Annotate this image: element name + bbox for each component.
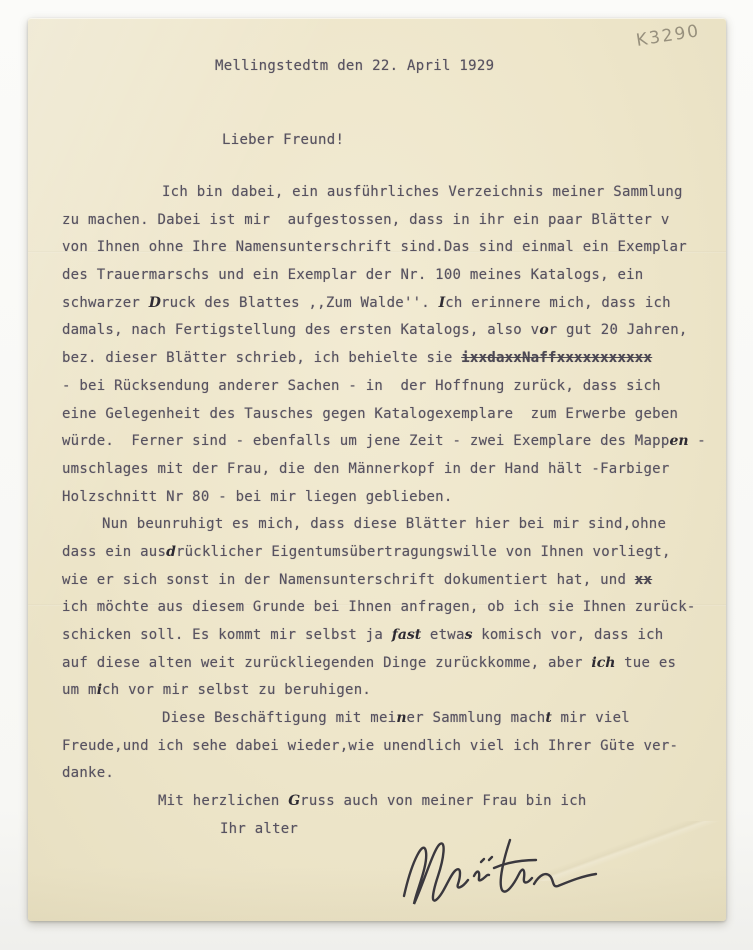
typewritten-text: ruck des Blattes ,,Zum Walde''. xyxy=(161,295,439,311)
typewritten-text: schwarzer xyxy=(62,295,149,311)
letter-line: wie er sich sonst in der Namensunterschr… xyxy=(62,567,710,595)
letter-line: ich möchte aus diesem Grunde bei Ihnen a… xyxy=(62,594,710,622)
typewritten-text: damals, nach Fertigstellung des ersten K… xyxy=(62,322,539,338)
letter-line: von Ihnen ohne Ihre Namensunterschrift s… xyxy=(62,234,710,262)
typewritten-text: umschlages mit der Frau, die den Männerk… xyxy=(62,461,670,477)
letter-line: danke. xyxy=(62,760,710,788)
typewritten-text: ch vor mir selbst zu beruhigen. xyxy=(102,682,371,698)
letter-line: um mich vor mir selbst zu beruhigen. xyxy=(62,677,710,705)
letter-line: Holzschnitt Nr 80 - bei mir liegen gebli… xyxy=(62,484,710,512)
handwritten-correction: n xyxy=(396,710,406,726)
letter-body: Ich bin dabei, ein ausführliches Verzeic… xyxy=(62,179,710,844)
letter-salutation: Lieber Freund! xyxy=(222,132,344,148)
letter-line: Mit herzlichen Gruss auch von meiner Fra… xyxy=(62,788,710,816)
typewritten-text: von Ihnen ohne Ihre Namensunterschrift s… xyxy=(62,239,687,255)
typewritten-text: rücklicher Eigentumsübertragungswille vo… xyxy=(176,544,671,560)
typewritten-text: Ihr alter xyxy=(220,821,298,837)
typewritten-text: bez. dieser Blätter schrieb, ich behielt… xyxy=(62,350,461,366)
typewritten-text: würde. Ferner sind - ebenfalls um jene Z… xyxy=(62,433,670,449)
handwritten-correction: d xyxy=(166,544,176,560)
handwritten-correction: s xyxy=(465,627,473,643)
handwritten-correction: ich xyxy=(591,655,615,671)
struck-out-text: xx xyxy=(635,572,652,588)
letter-line: eine Gelegenheit des Tausches gegen Kata… xyxy=(62,401,710,429)
typewritten-text: Diese Beschäftigung mit mei xyxy=(162,710,396,726)
signature-scrawl xyxy=(386,830,616,925)
typewritten-text: auf diese alten weit zurückliegenden Din… xyxy=(62,655,591,671)
letter-line: Diese Beschäftigung mit meiner Sammlung … xyxy=(62,705,710,733)
typewritten-text: wie er sich sonst in der Namensunterschr… xyxy=(62,572,635,588)
handwritten-correction: o xyxy=(539,322,548,338)
scanned-letter-page: { "annotation": { "code": "K3290" }, "le… xyxy=(0,0,753,950)
typewritten-text: mir viel xyxy=(552,710,630,726)
letter-line: auf diese alten weit zurückliegenden Din… xyxy=(62,650,710,678)
letter-line: - bei Rücksendung anderer Sachen - in de… xyxy=(62,373,710,401)
typewritten-text: Freude,und ich sehe dabei wieder,wie une… xyxy=(62,738,678,754)
letter-line: zu machen. Dabei ist mir aufgestossen, d… xyxy=(62,207,710,235)
typewritten-text: - xyxy=(689,433,706,449)
letter-line: schicken soll. Es kommt mir selbst ja fa… xyxy=(62,622,710,650)
letter-dateline: Mellingstedtm den 22. April 1929 xyxy=(215,58,494,74)
letter-line: schwarzer Druck des Blattes ,,Zum Walde'… xyxy=(62,290,710,318)
letter-line: umschlages mit der Frau, die den Männerk… xyxy=(62,456,710,484)
handwritten-correction: G xyxy=(288,793,300,809)
letter-line: des Trauermarschs und ein Exemplar der N… xyxy=(62,262,710,290)
letter-line: Freude,und ich sehe dabei wieder,wie une… xyxy=(62,733,710,761)
letter-line: Nun beunruhigt es mich, dass diese Blätt… xyxy=(62,511,710,539)
letter-line: Ich bin dabei, ein ausführliches Verzeic… xyxy=(62,179,710,207)
typewritten-text: Holzschnitt Nr 80 - bei mir liegen gebli… xyxy=(62,489,453,505)
typewritten-text: zu machen. Dabei ist mir aufgestossen, d… xyxy=(62,212,670,228)
typewritten-text: schicken soll. Es kommt mir selbst ja xyxy=(62,627,392,643)
typewritten-text: - bei Rücksendung anderer Sachen - in de… xyxy=(62,378,661,394)
typewritten-text: er Sammlung mach xyxy=(407,710,546,726)
handwritten-correction: fast xyxy=(392,627,421,643)
typewritten-text: danke. xyxy=(62,765,114,781)
typewritten-text: russ auch von meiner Frau bin ich xyxy=(300,793,586,809)
typewritten-text: um m xyxy=(62,682,97,698)
typewritten-text: dass ein aus xyxy=(62,544,166,560)
handwritten-correction: D xyxy=(149,295,161,311)
typewritten-text: komisch vor, dass ich xyxy=(473,627,664,643)
letter-paper: K3290 Mellingstedtm den 22. April 1929 L… xyxy=(28,18,726,921)
letter-line: bez. dieser Blätter schrieb, ich behielt… xyxy=(62,345,710,373)
typewritten-text: Mit herzlichen xyxy=(158,793,288,809)
typewritten-text: eine Gelegenheit des Tausches gegen Kata… xyxy=(62,406,678,422)
typewritten-text: tue es xyxy=(615,655,676,671)
archive-code-pencil: K3290 xyxy=(634,21,701,51)
typewritten-text: ch erinnere mich, dass ich xyxy=(445,295,671,311)
typewritten-text: ich möchte aus diesem Grunde bei Ihnen a… xyxy=(62,599,696,615)
typewritten-text: etwa xyxy=(421,627,464,643)
letter-line: damals, nach Fertigstellung des ersten K… xyxy=(62,317,710,345)
typewritten-text: r gut 20 Jahren, xyxy=(549,322,688,338)
letter-line: würde. Ferner sind - ebenfalls um jene Z… xyxy=(62,428,710,456)
struck-out-text: ixxdaxxNaffxxxxxxxxxxx xyxy=(461,350,652,366)
typewritten-text: des Trauermarschs und ein Exemplar der N… xyxy=(62,267,643,283)
handwritten-correction: en xyxy=(670,433,689,449)
letter-line: dass ein ausdrücklicher Eigentumsübertra… xyxy=(62,539,710,567)
typewritten-text: Ich bin dabei, ein ausführliches Verzeic… xyxy=(162,184,683,200)
typewritten-text: Nun beunruhigt es mich, dass diese Blätt… xyxy=(102,516,666,532)
